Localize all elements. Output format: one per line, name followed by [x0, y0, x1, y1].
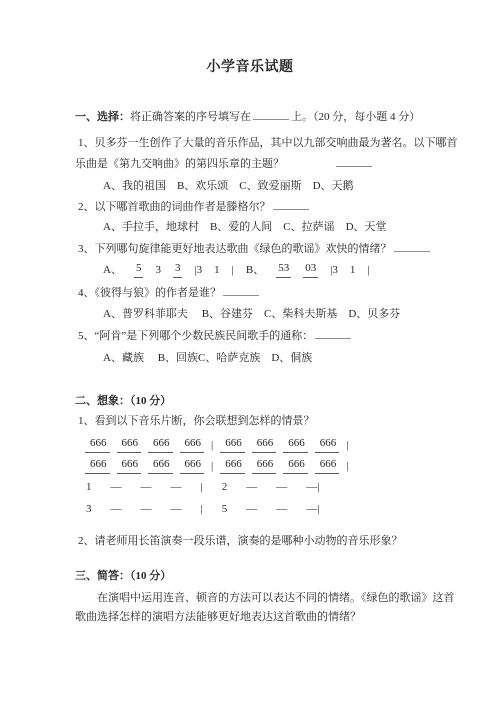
section3-paragraph-line1: 在演唱中运用连音、顿音的方法可以表达不同的情绪。《绿色的歌谣》这首 [97, 588, 455, 609]
note-underlined: 666 [220, 436, 245, 453]
question-3-text: 3、下列哪句旋律能更好地表达歌曲《绿色的歌谣》欢快的情绪？ [78, 243, 392, 255]
note-underlined: 666 [117, 436, 142, 453]
note: — [171, 502, 182, 517]
section1-heading-label: 一、选择： [75, 111, 130, 123]
note: B、 [246, 263, 264, 278]
note: | [346, 438, 348, 453]
note-underlined: 666 [315, 436, 340, 453]
section3-paragraph-line2: 歌曲选择怎样的演唱方法能够更好地表达这首歌曲的情绪？ [75, 607, 361, 628]
note-underlined: 666 [180, 436, 205, 453]
note: 3 [155, 263, 161, 278]
note-underlined: 666 [85, 457, 110, 474]
note: 3 [86, 502, 92, 517]
section1-heading-text: 将正确答案的序号填写在 [130, 111, 251, 123]
note: — [111, 502, 122, 517]
note: 1 [214, 263, 220, 278]
note-underlined: 666 [220, 457, 245, 474]
question-5-options: A、藏族 B、回族C、哈萨克族 D、侗族 [103, 348, 312, 369]
answer-blank [253, 108, 289, 120]
answer-blank [315, 327, 351, 339]
note: 2 [222, 480, 228, 495]
note: — [111, 480, 122, 495]
note-underlined: 5 [134, 261, 144, 278]
note: 1 [350, 263, 356, 278]
note-underlined: 03 [303, 261, 318, 278]
music-notation-row: 666666666666|666666666666| [85, 457, 348, 474]
question-1-options: A、我的祖国 B、欢乐颂 C、致爱丽斯 D、天鹅 [103, 176, 354, 197]
note: 1 [86, 480, 92, 495]
question-3-notation: A、533|31|B、5303|31| [103, 261, 370, 278]
note: 5 [222, 502, 228, 517]
note-underlined: 666 [252, 436, 277, 453]
note-underlined: 666 [315, 457, 340, 474]
note: — [171, 480, 182, 495]
note-underlined: 666 [283, 436, 308, 453]
note: — [276, 480, 287, 495]
note: — [276, 502, 287, 517]
note: A、 [103, 263, 122, 278]
note: |3 [330, 263, 338, 278]
note: | [201, 502, 203, 517]
music-notation-row: 3———|5———| [86, 502, 319, 517]
section2-question-1: 1、看到以下音乐片断，你会联想到怎样的情景？ [78, 411, 315, 432]
note: — [246, 502, 257, 517]
note: | [367, 263, 369, 278]
music-notation-row: 666666666666|666666666666| [85, 436, 348, 453]
question-1-line2: 乐曲是《第九交响曲》的第四乐章的主题？ [75, 154, 374, 175]
section1-heading: 一、选择：将正确答案的序号填写在上。（20 分，每小题 4 分） [75, 107, 420, 128]
note: — [141, 502, 152, 517]
note-underlined: 666 [148, 436, 173, 453]
question-5: 5、“阿肯”是下列哪个少数民族民间歌手的通称： [78, 326, 353, 347]
note: —| [306, 502, 319, 517]
note: | [346, 459, 348, 474]
section1-heading-text-suffix: 上。（20 分，每小题 4 分） [291, 111, 420, 123]
note-underlined: 666 [180, 457, 205, 474]
note: | [211, 459, 213, 474]
note: — [141, 480, 152, 495]
note: | [211, 438, 213, 453]
question-2-options: A、手拉手，地球村 B、爱的人间 C、拉萨谣 D、天堂 [103, 217, 387, 238]
note-underlined: 666 [85, 436, 110, 453]
question-2-text: 2、以下哪首歌曲的词曲作者是滕格尔？ [78, 201, 271, 213]
question-3: 3、下列哪句旋律能更好地表达歌曲《绿色的歌谣》欢快的情绪？ [78, 239, 432, 260]
section3-heading: 三、简答：（10 分） [75, 566, 171, 587]
question-4: 4、《彼得与狼》的作者是谁？ [78, 283, 261, 304]
note-underlined: 666 [283, 457, 308, 474]
section2-question-2: 2、请老师用长笛演奏一段乐谱，演奏的是哪种小动物的音乐形象？ [78, 531, 403, 552]
music-notation-row: 1———|2———| [86, 480, 319, 495]
note-underlined: 3 [173, 261, 183, 278]
document-page: 小学音乐试题 一、选择：将正确答案的序号填写在上。（20 分，每小题 4 分） … [0, 0, 500, 708]
section2-heading: 二、想象：（10 分） [75, 391, 171, 412]
note: —| [306, 480, 319, 495]
question-5-text: 5、“阿肯”是下列哪个少数民族民间歌手的通称： [78, 330, 313, 342]
note: | [201, 480, 203, 495]
note-underlined: 53 [276, 261, 291, 278]
question-4-options: A、普罗科菲耶夫 B、谷建芬 C、柴科夫斯基 D、贝多芬 [103, 304, 400, 325]
question-1-line2-text: 乐曲是《第九交响曲》的第四乐章的主题？ [75, 158, 284, 170]
note: |3 [194, 263, 202, 278]
note: — [246, 480, 257, 495]
question-2: 2、以下哪首歌曲的词曲作者是滕格尔？ [78, 197, 311, 218]
answer-blank [223, 284, 259, 296]
note-underlined: 666 [148, 457, 173, 474]
answer-blank [336, 155, 372, 167]
answer-blank [394, 240, 430, 252]
note-underlined: 666 [252, 457, 277, 474]
question-1-line1: 1、贝多芬一生创作了大量的音乐作品，其中以九部交响曲最为著名。以下哪首 [78, 133, 458, 154]
note: | [232, 263, 234, 278]
question-4-text: 4、《彼得与狼》的作者是谁？ [78, 287, 221, 299]
page-title: 小学音乐试题 [0, 57, 500, 78]
note-underlined: 666 [117, 457, 142, 474]
answer-blank [273, 198, 309, 210]
